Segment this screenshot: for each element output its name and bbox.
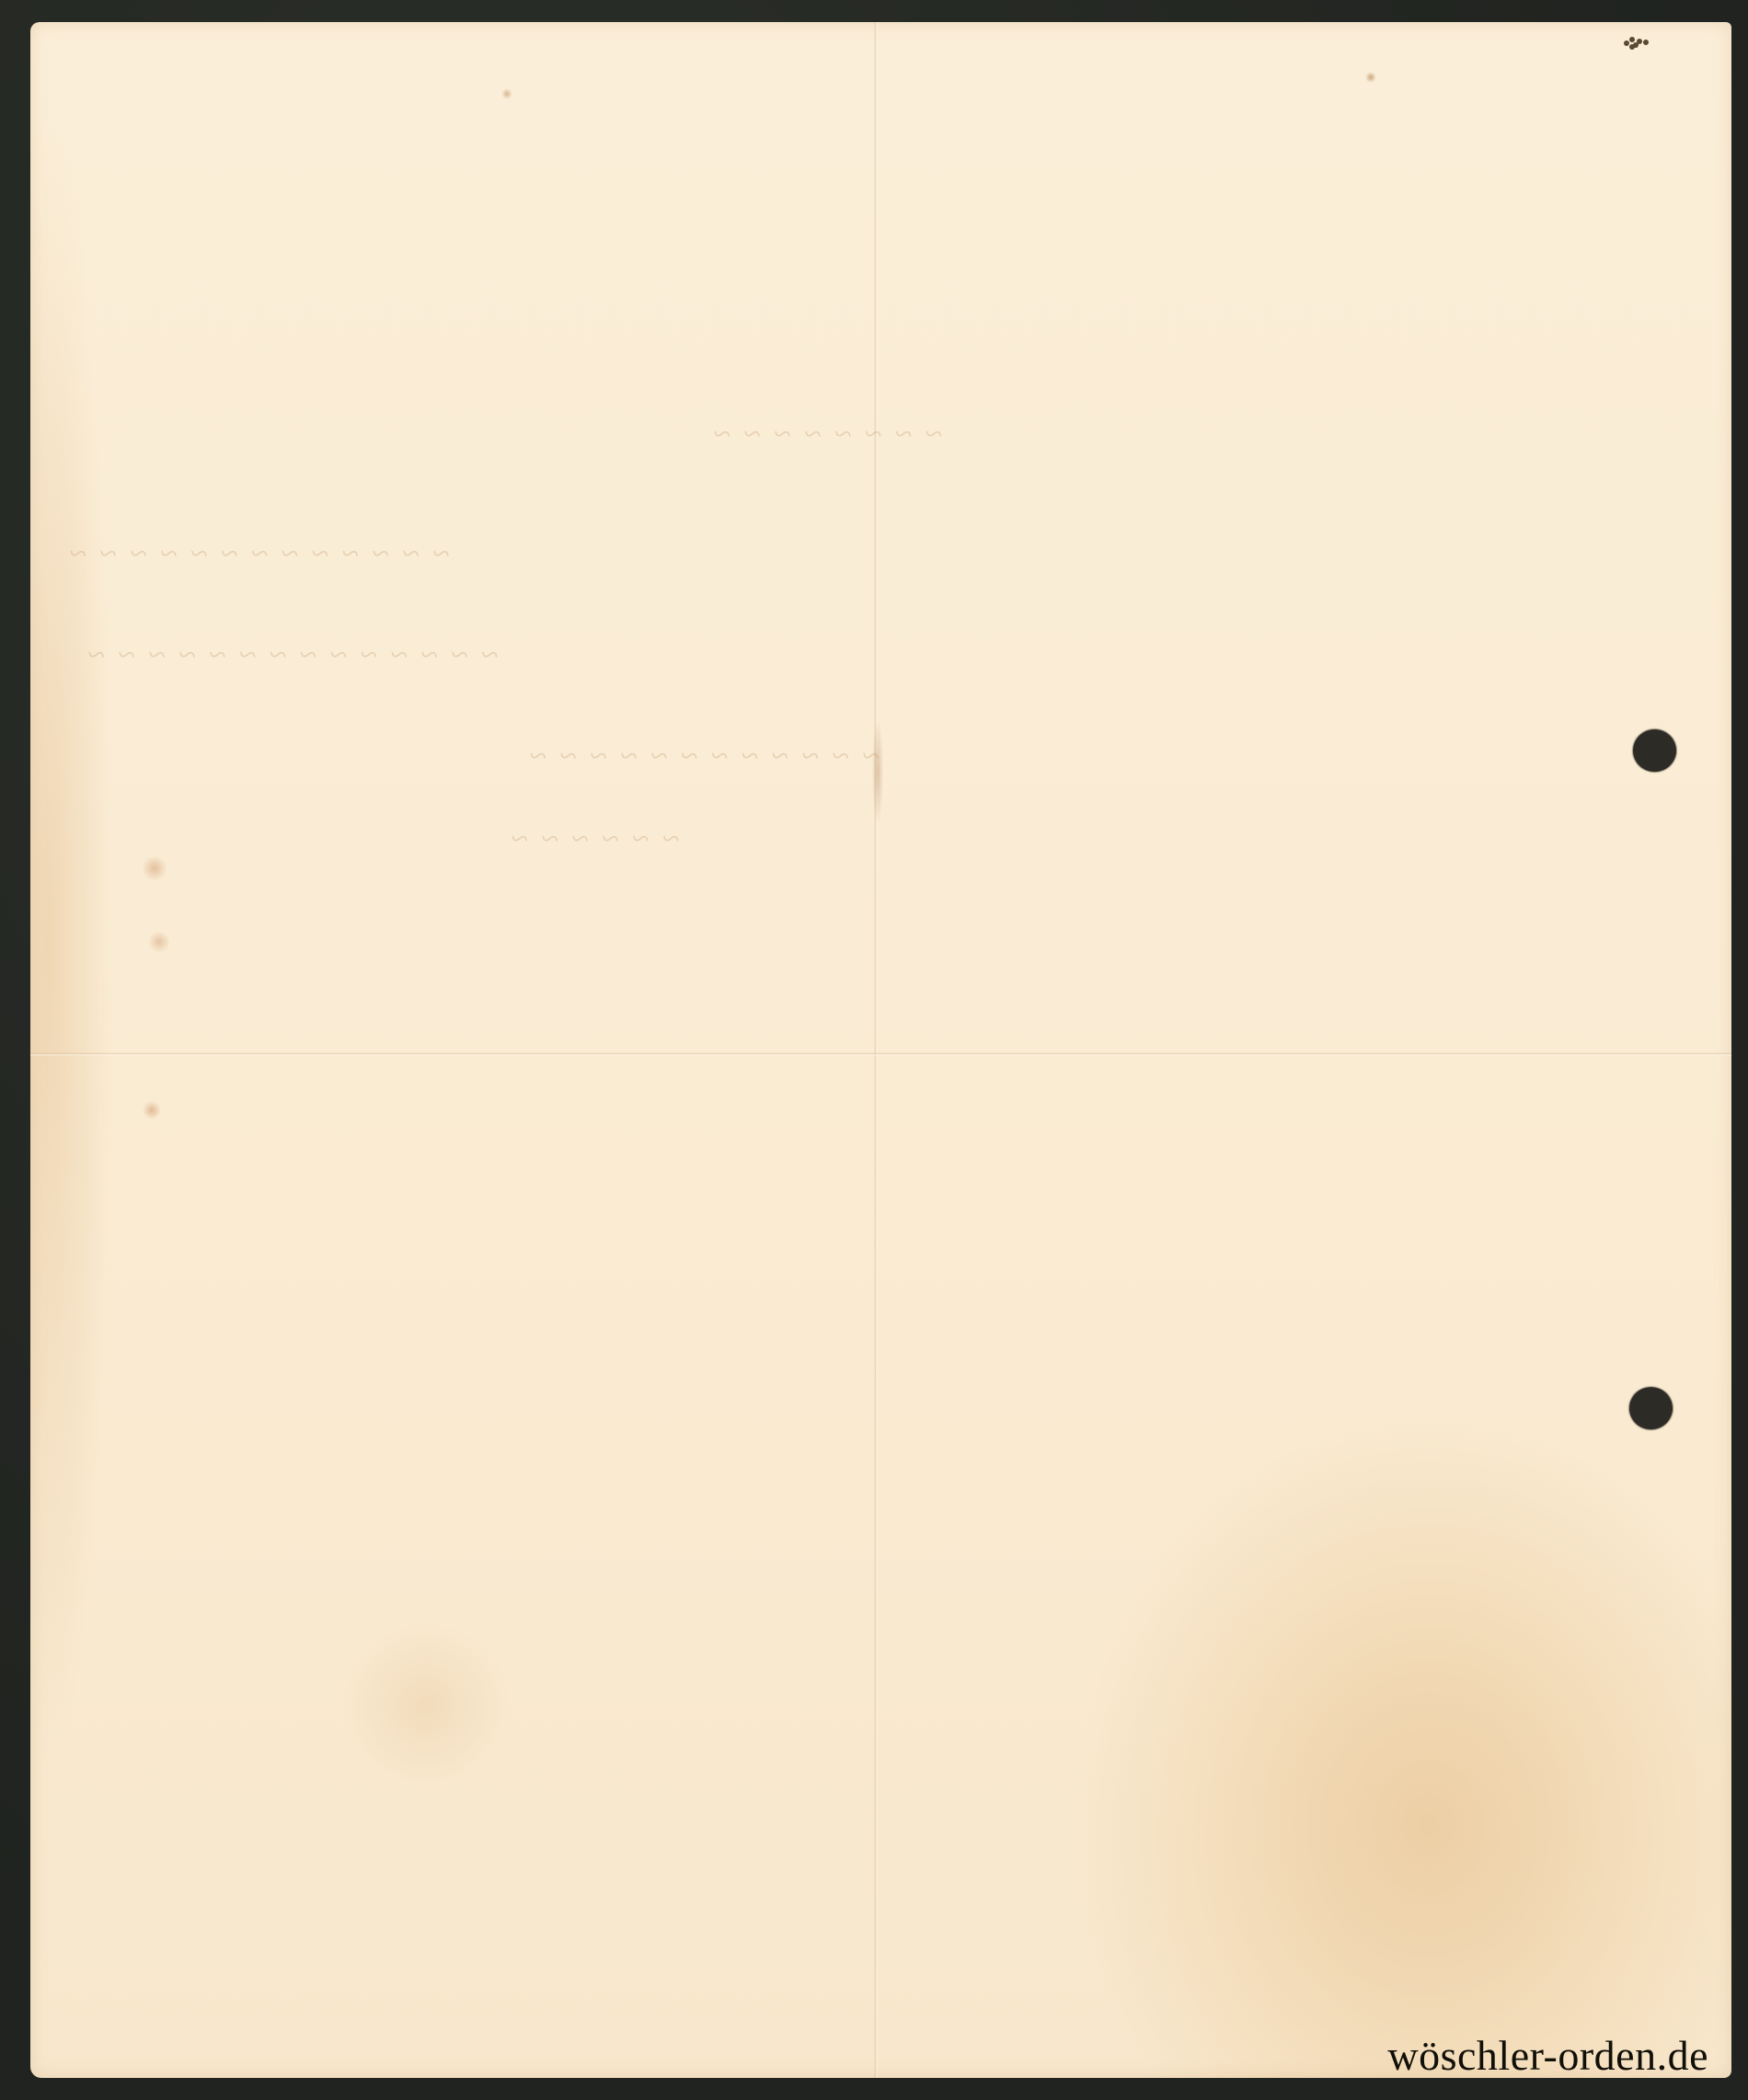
paper-sheet: ~ ~ ~ ~ ~ ~ ~ ~ ~ ~ ~ ~ ~ ~ ~ ~ ~ ~ ~ ~ … [30, 22, 1731, 2078]
punch-hole-bottom [1629, 1387, 1673, 1429]
ink-speck [1618, 33, 1650, 53]
vertical-fold-line [874, 22, 878, 2078]
horizontal-fold-line [30, 1052, 1731, 1056]
ink-bleed-through: ~ ~ ~ ~ ~ ~ ~ ~ ~ ~ ~ ~ [527, 740, 880, 775]
ink-bleed-through: ~ ~ ~ ~ ~ ~ [509, 822, 680, 857]
punch-hole-top [1633, 729, 1676, 772]
ink-bleed-through: ~ ~ ~ ~ ~ ~ ~ ~ ~ ~ ~ ~ ~ ~ [86, 638, 499, 673]
ink-bleed-through: ~ ~ ~ ~ ~ ~ ~ ~ [711, 418, 943, 453]
ink-bleed-through: ~ ~ ~ ~ ~ ~ ~ ~ ~ ~ ~ ~ ~ [67, 537, 450, 572]
watermark-text: wöschler-orden.de [1387, 2035, 1708, 2077]
